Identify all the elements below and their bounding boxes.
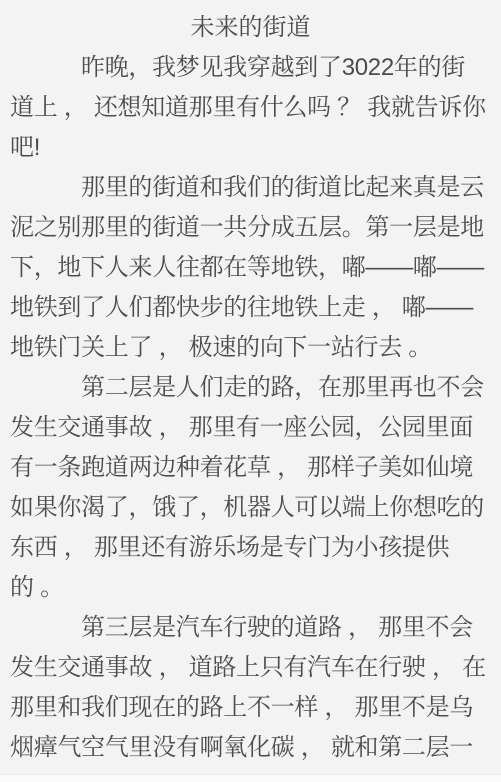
essay-body: 昨晚，我梦见我穿越到了3022年的街道上 ， 还想知道那里有什么吗 ？ 我就告诉… <box>10 48 491 768</box>
text-line: 道上 ， 还想知道那里有什么吗 ？ 我就告诉你 <box>10 88 491 128</box>
text-line: 地铁到了人们都快步的往地铁上走 ， 嘟—— <box>10 288 491 328</box>
text-line: 下，地下人来人往都在等地铁，嘟——嘟—— <box>10 248 491 288</box>
document-page: 未来的街道 昨晚，我梦见我穿越到了3022年的街道上 ， 还想知道那里有什么吗 … <box>0 0 501 768</box>
text-line: 那里和我们现在的路上不一样 ， 那里不是乌 <box>10 688 491 728</box>
text-line: 第三层是汽车行驶的道路 ， 那里不会 <box>10 608 491 648</box>
text-line: 泥之别那里的街道一共分成五层。第一层是地 <box>10 208 491 248</box>
text-line: 地铁门关上了 ， 极速的向下一站行去 。 <box>10 328 491 368</box>
paragraph: 那里的街道和我们的街道比起来真是云泥之别那里的街道一共分成五层。第一层是地下，地… <box>10 168 491 368</box>
paragraph: 第二层是人们走的路，在那里再也不会发生交通事故 ， 那里有一座公园，公园里面有一… <box>10 368 491 608</box>
text-line: 有一条跑道两边种着花草 ， 那样子美如仙境 <box>10 448 491 488</box>
paragraph: 第三层是汽车行驶的道路 ， 那里不会发生交通事故 ， 道路上只有汽车在行驶 ， … <box>10 608 491 768</box>
paragraph: 昨晚，我梦见我穿越到了3022年的街道上 ， 还想知道那里有什么吗 ？ 我就告诉… <box>10 48 491 168</box>
text-line: 第二层是人们走的路，在那里再也不会 <box>10 368 491 408</box>
essay-title: 未来的街道 <box>10 8 491 48</box>
text-line: 昨晚，我梦见我穿越到了3022年的街 <box>10 48 491 88</box>
text-line: 烟瘴气空气里没有啊氧化碳 ， 就和第二层一 <box>10 728 491 768</box>
text-line: 发生交通事故 ， 那里有一座公园，公园里面 <box>10 408 491 448</box>
text-line: 那里的街道和我们的街道比起来真是云 <box>10 168 491 208</box>
text-line: 如果你渴了，饿了，机器人可以端上你想吃的 <box>10 488 491 528</box>
text-line: 吧! <box>10 128 491 168</box>
text-line: 东西 ， 那里还有游乐场是专门为小孩提供 <box>10 528 491 568</box>
page-break-strip <box>0 774 501 782</box>
text-line: 的 。 <box>10 568 491 608</box>
text-line: 发生交通事故 ， 道路上只有汽车在行驶 ， 在 <box>10 648 491 688</box>
